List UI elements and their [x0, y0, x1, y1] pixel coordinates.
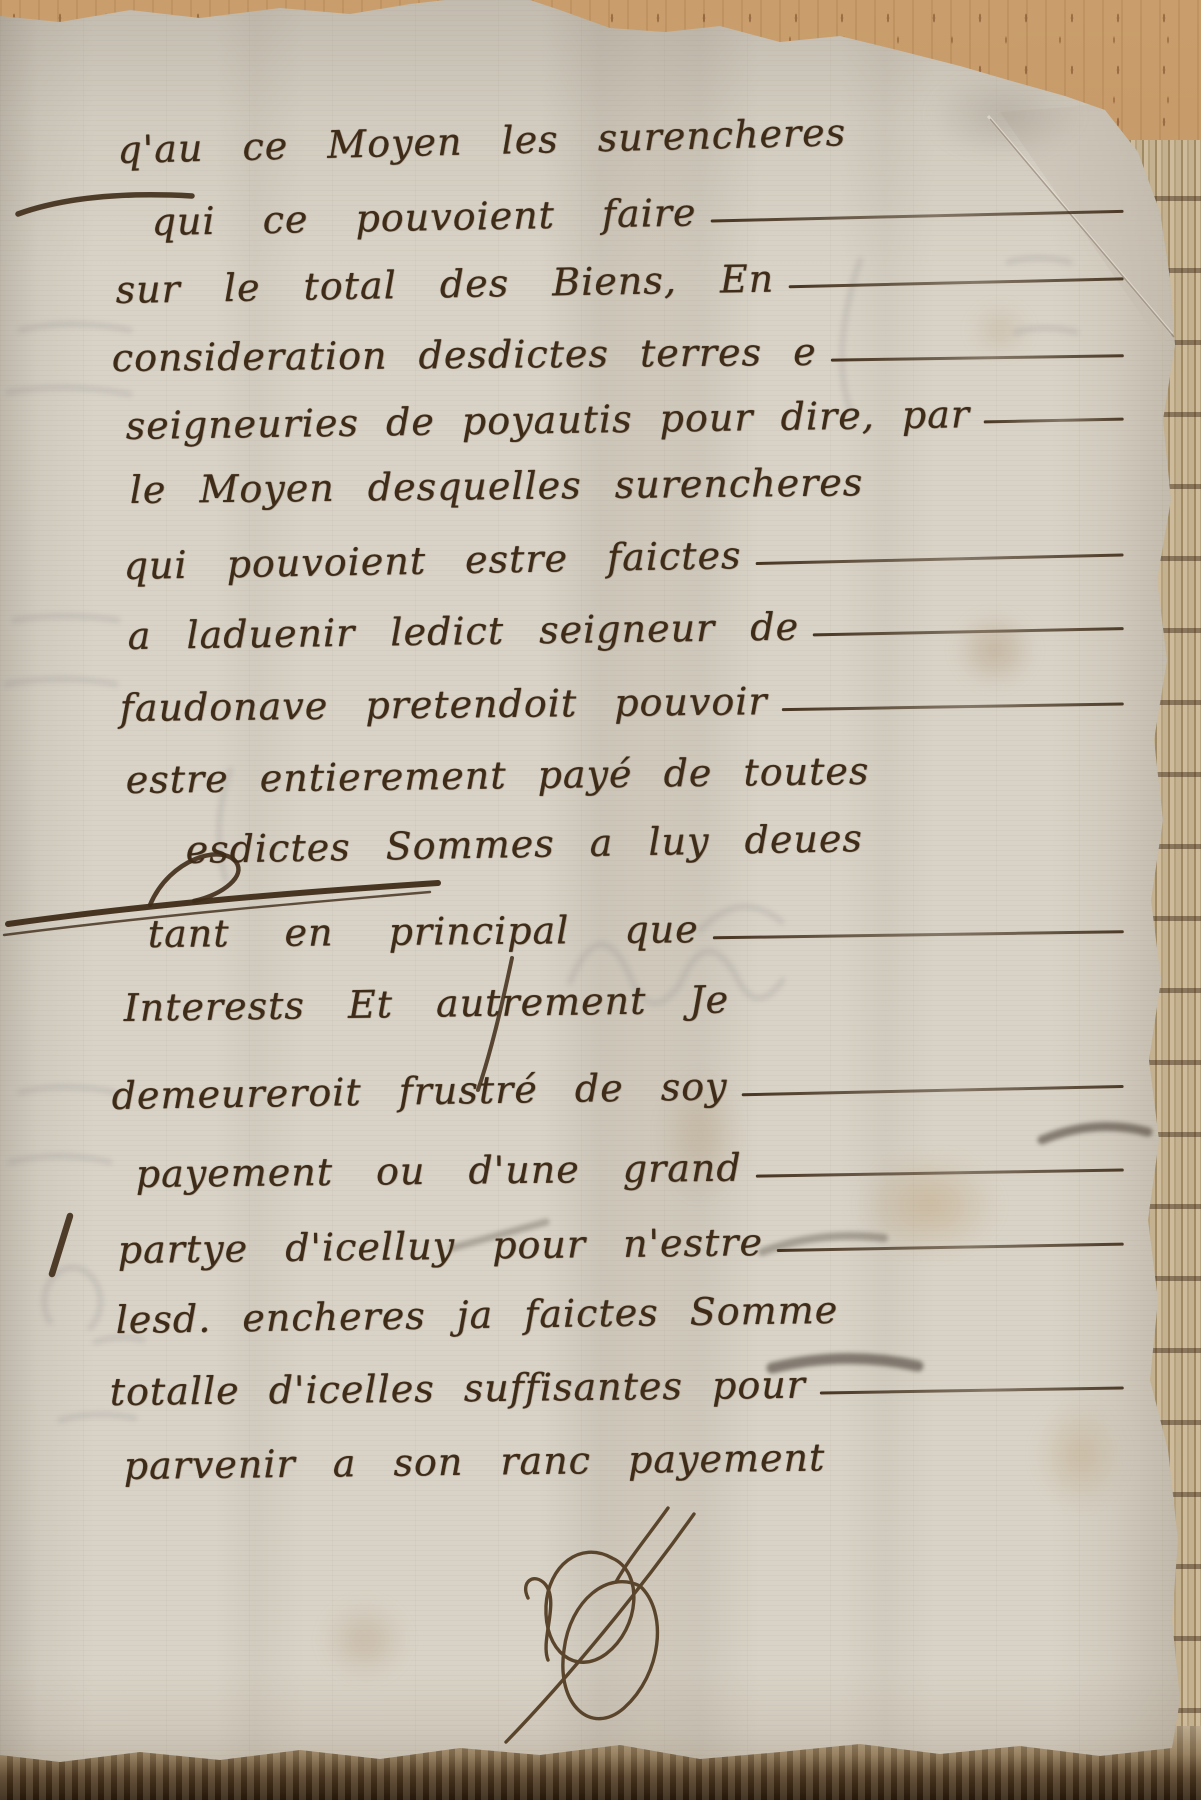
manuscript-line-text: seigneuries de poyautis pour dire, par [125, 392, 970, 448]
manuscript-line-text: esdictes Sommes a luy deues [185, 816, 863, 872]
manuscript-line: lesd. encheres ja faictes Somme [115, 1288, 838, 1342]
line-filler-stroke [711, 210, 1124, 223]
manuscript-line: qui ce pouvoient faire [151, 183, 1128, 244]
line-filler-stroke [782, 702, 1124, 711]
line-filler-stroke [813, 627, 1124, 636]
manuscript-line-text: partye d'icelluy pour n'estre [117, 1220, 763, 1272]
line-filler-stroke [984, 418, 1124, 424]
manuscript-line-text: q'au ce Moyen les surencheres [117, 110, 847, 172]
manuscript-line: Interests Et autrement Je [123, 978, 729, 1030]
manuscript-line-text: qui ce pouvoient faire [151, 190, 697, 244]
line-filler-stroke [820, 1386, 1124, 1394]
manuscript-line-text: qui pouvoient estre faictes [123, 533, 742, 588]
manuscript-page: q'au ce Moyen les surencheresqui ce pouv… [0, 0, 1201, 1800]
manuscript-line-text: lesd. encheres ja faictes Somme [115, 1288, 838, 1342]
manuscript-line-text: estre entierement payé de toutes [125, 749, 869, 802]
manuscript-line: q'au ce Moyen les surencheres [117, 110, 847, 172]
manuscript-line: esdictes Sommes a luy deues [185, 816, 863, 872]
manuscript-line: sur le total des Biens, En [115, 250, 1128, 312]
manuscript-line: partye d'icelluy pour n'estre [117, 1216, 1127, 1272]
manuscript-line-text: demeureroit frustré de soy [111, 1064, 728, 1118]
manuscript-line: estre entierement payé de toutes [125, 749, 869, 802]
manuscript-line: qui pouvoient estre faictes [123, 526, 1128, 588]
manuscript-line-text: a laduenir ledict seigneur de [127, 605, 799, 658]
manuscript-line: faudonave pretendoit pouvoir [120, 675, 1128, 730]
line-filler-stroke [831, 354, 1124, 361]
manuscript-line: demeureroit frustré de soy [111, 1058, 1128, 1118]
text-lines: q'au ce Moyen les surencheresqui ce pouv… [0, 0, 1201, 1800]
manuscript-line-text: parvenir a son ranc payement [123, 1435, 825, 1488]
manuscript-line: a laduenir ledict seigneur de [127, 600, 1128, 658]
manuscript-line-text: payement ou d'une grand [136, 1146, 742, 1196]
manuscript-line-text: totalle d'icelles suffisantes pour [110, 1363, 807, 1414]
line-filler-stroke [756, 553, 1124, 565]
manuscript-line: consideration desdictes terres e [112, 327, 1128, 380]
manuscript-line: payement ou d'une grand [136, 1142, 1128, 1196]
manuscript-line: le Moyen desquelles surencheres [130, 460, 864, 512]
manuscript-line: seigneuries de poyautis pour dire, par [125, 390, 1128, 448]
manuscript-line-text: Interests Et autrement Je [123, 978, 729, 1030]
line-filler-stroke [777, 1243, 1124, 1252]
manuscript-line-text: sur le total des Biens, En [115, 257, 774, 312]
manuscript-line: parvenir a son ranc payement [123, 1435, 825, 1488]
line-filler-stroke [713, 930, 1124, 939]
manuscript-line-text: le Moyen desquelles surencheres [130, 460, 864, 512]
manuscript-line: tant en principal que [148, 903, 1128, 956]
line-filler-stroke [742, 1085, 1124, 1096]
manuscript-line: totalle d'icelles suffisantes pour [110, 1359, 1128, 1414]
manuscript-line-text: faudonave pretendoit pouvoir [120, 679, 768, 730]
photo-of-manuscript: q'au ce Moyen les surencheresqui ce pouv… [0, 0, 1201, 1800]
manuscript-line-text: consideration desdictes terres e [112, 330, 817, 380]
manuscript-line-text: tant en principal que [148, 907, 699, 956]
line-filler-stroke [756, 1169, 1124, 1178]
line-filler-stroke [788, 277, 1123, 288]
